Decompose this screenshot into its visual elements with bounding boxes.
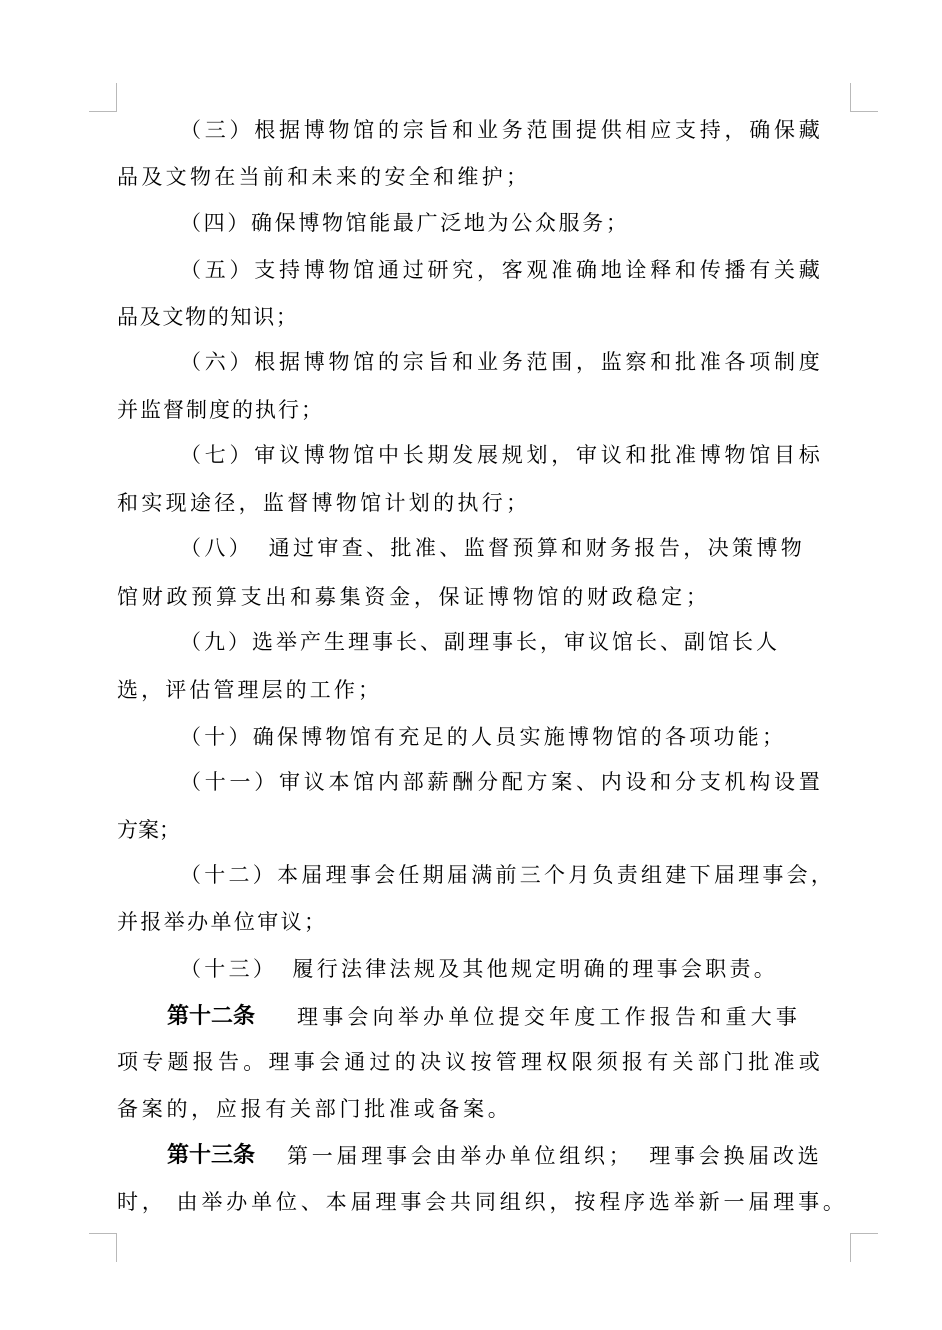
glyph: 据: [279, 347, 300, 377]
glyph: 定: [661, 582, 682, 612]
glyph: 途: [190, 488, 211, 518]
glyph: 监: [140, 395, 161, 425]
glyph: 副: [444, 627, 465, 657]
glyph: 的: [232, 395, 253, 425]
glyph: 向: [373, 1002, 394, 1032]
text-line: （六）根据博物馆的宗旨和业务范围，监察和批准各项制度: [180, 347, 820, 377]
glyph: 众: [535, 208, 556, 238]
glyph: 划: [409, 488, 430, 518]
glyph: 出: [265, 582, 286, 612]
glyph: 议: [445, 1047, 466, 1077]
glyph: 理: [326, 860, 347, 890]
glyph: 会: [681, 954, 702, 984]
article-heading-text: 第十二条: [167, 1002, 255, 1032]
glyph: 会: [347, 1002, 368, 1032]
glyph: （: [180, 115, 201, 145]
glyph: ；: [762, 722, 783, 752]
glyph: ；: [606, 208, 627, 238]
glyph: 馆: [117, 582, 138, 612]
glyph: 算: [216, 582, 237, 612]
glyph: 、: [301, 1187, 322, 1217]
glyph: 部: [698, 1047, 719, 1077]
glyph: 机: [725, 767, 746, 797]
glyph: 传: [700, 255, 721, 285]
glyph: 审: [254, 440, 275, 470]
glyph: 事: [762, 860, 783, 890]
glyph: 各: [665, 722, 686, 752]
glyph: 实: [520, 722, 541, 752]
glyph: 届: [351, 1187, 372, 1217]
glyph: 应: [216, 1094, 237, 1124]
text-line: 并监督制度的执行；: [117, 395, 322, 425]
glyph: 理: [632, 954, 653, 984]
glyph: 届: [447, 860, 468, 890]
glyph: 在: [214, 162, 235, 192]
glyph: 财: [586, 533, 607, 563]
glyph: 及: [140, 302, 161, 332]
glyph: 和: [452, 115, 473, 145]
article-heading: 第十二条: [167, 1002, 255, 1032]
glyph: 保: [277, 722, 298, 752]
document-page: （三）根据博物馆的宗旨和业务范围提供相应支持，确保藏品及文物在当前和未来的安全和…: [0, 0, 942, 1330]
glyph: 并: [117, 907, 138, 937]
glyph: 能: [738, 722, 759, 752]
glyph: 举: [674, 1187, 695, 1217]
glyph: 的: [608, 954, 629, 984]
glyph: 提: [576, 115, 597, 145]
glyph: 馆: [360, 488, 381, 518]
glyph: 九: [204, 627, 225, 657]
glyph: 报: [140, 907, 161, 937]
text-line: 方案；: [117, 815, 175, 845]
glyph: 第: [287, 1141, 308, 1171]
glyph: 和: [561, 533, 582, 563]
glyph: 事: [657, 954, 678, 984]
glyph: 责: [617, 860, 638, 890]
glyph: 围: [551, 115, 572, 145]
glyph: 馆: [617, 722, 638, 752]
glyph: 过: [370, 1047, 391, 1077]
margin-mark-bottom-left-vertical: [116, 1233, 117, 1262]
glyph: 题: [168, 1047, 189, 1077]
text-line: 项专题报告。理事会通过的决议按管理权限须报有关部门批准或: [117, 1047, 820, 1077]
glyph: 会: [374, 860, 395, 890]
glyph: 确: [576, 255, 597, 285]
glyph: 观: [527, 255, 548, 285]
glyph: 议: [304, 767, 325, 797]
glyph: 的: [378, 115, 399, 145]
glyph: 会: [319, 1047, 340, 1077]
glyph: 执: [457, 488, 478, 518]
glyph: 行: [278, 395, 299, 425]
glyph: 本: [277, 860, 298, 890]
glyph: 议: [279, 440, 300, 470]
glyph: 务: [582, 208, 603, 238]
glyph: 估: [189, 675, 210, 705]
text-line: 品及文物在当前和未来的安全和维护；: [117, 162, 527, 192]
glyph: 批: [748, 1047, 769, 1077]
glyph: 届: [748, 1141, 769, 1171]
glyph: 。: [823, 1187, 844, 1217]
glyph: 评: [165, 675, 186, 705]
glyph: 实: [141, 488, 162, 518]
glyph: 的: [395, 1047, 416, 1077]
glyph: 研: [428, 255, 449, 285]
glyph: 查: [342, 533, 363, 563]
glyph: ，: [549, 1187, 570, 1217]
glyph: 位: [473, 1002, 494, 1032]
glyph: 须: [597, 1047, 618, 1077]
glyph: 理: [269, 1047, 290, 1077]
glyph: 十: [205, 767, 226, 797]
glyph: 设: [774, 767, 795, 797]
glyph: 政: [612, 582, 633, 612]
glyph: 的: [360, 162, 381, 192]
glyph: 展: [477, 440, 498, 470]
glyph: 门: [723, 1047, 744, 1077]
glyph: 重: [725, 1002, 746, 1032]
glyph: 确: [251, 208, 272, 238]
glyph: 举: [164, 907, 185, 937]
glyph: ；: [276, 302, 297, 332]
glyph: 履: [292, 954, 313, 984]
glyph: ，: [414, 582, 435, 612]
glyph: 划: [527, 440, 548, 470]
text-line: 理事会向举办单位提交年度工作报告和重大事: [297, 1002, 797, 1032]
text-line: （十）确保博物馆有充足的人员实施博物馆的各项功能；: [180, 722, 783, 752]
glyph: 的: [641, 722, 662, 752]
glyph: 保: [275, 208, 296, 238]
glyph: 文: [162, 302, 183, 332]
glyph: 。: [754, 954, 775, 984]
glyph: 准: [675, 440, 696, 470]
glyph: 二: [229, 860, 250, 890]
glyph: 准: [774, 1047, 795, 1077]
text-line: （十二）本届理事会任期届满前三个月负责组建下届理事会，: [180, 860, 832, 890]
glyph: 。: [488, 1094, 509, 1124]
glyph: 按: [574, 1187, 595, 1217]
glyph: 十: [204, 954, 225, 984]
glyph: ；: [159, 815, 180, 845]
glyph: 诠: [626, 255, 647, 285]
glyph: 、: [366, 533, 387, 563]
glyph: 报: [634, 533, 655, 563]
glyph: 本: [329, 767, 350, 797]
glyph: 告: [675, 1002, 696, 1032]
glyph: 金: [389, 582, 410, 612]
glyph: 法: [341, 954, 362, 984]
glyph: 四: [204, 208, 225, 238]
glyph: ；: [506, 162, 527, 192]
glyph: 博: [488, 582, 509, 612]
glyph: 议: [281, 907, 302, 937]
glyph: 充: [398, 722, 419, 752]
glyph: 并: [117, 395, 138, 425]
glyph: 内: [601, 767, 622, 797]
glyph: 三: [205, 115, 226, 145]
glyph: 业: [477, 115, 498, 145]
glyph: ）: [230, 440, 251, 470]
glyph: 和: [433, 162, 454, 192]
glyph: 现: [166, 488, 187, 518]
glyph: 或: [799, 1047, 820, 1077]
text-line: （三）根据博物馆的宗旨和业务范围提供相应支持，确保藏: [180, 115, 820, 145]
glyph: 理: [361, 1141, 382, 1171]
glyph: 任: [398, 860, 419, 890]
glyph: 来: [336, 162, 357, 192]
glyph: 事: [386, 1141, 407, 1171]
glyph: 方: [527, 767, 548, 797]
glyph: 博: [304, 440, 325, 470]
glyph: ；: [301, 395, 322, 425]
glyph: 藏: [799, 115, 820, 145]
glyph: 选: [649, 1187, 670, 1217]
glyph: 责: [729, 954, 750, 984]
glyph: 监: [464, 533, 485, 563]
glyph: 务: [610, 533, 631, 563]
glyph: 时: [117, 1187, 138, 1217]
glyph: 持: [279, 255, 300, 285]
glyph: 举: [460, 1141, 481, 1171]
glyph: 馆: [350, 722, 371, 752]
glyph: ；: [506, 488, 527, 518]
glyph: 行: [317, 954, 338, 984]
glyph: 单: [211, 907, 232, 937]
glyph: 根: [254, 115, 275, 145]
glyph: 宗: [403, 347, 424, 377]
glyph: 报: [650, 1002, 671, 1032]
glyph: 根: [254, 347, 275, 377]
glyph: 支: [254, 255, 275, 285]
glyph: 程: [599, 1187, 620, 1217]
glyph: 博: [700, 440, 721, 470]
glyph: ）: [228, 627, 249, 657]
glyph: 理: [773, 1187, 794, 1217]
glyph: （: [180, 767, 201, 797]
glyph: 博: [756, 533, 777, 563]
text-line: （十一）审议本馆内部薪酬分配方案、内设和分支机构设置: [180, 767, 820, 797]
glyph: 一: [723, 1187, 744, 1217]
glyph: 规: [502, 440, 523, 470]
glyph: [634, 1141, 646, 1171]
glyph: 批: [391, 533, 412, 563]
glyph: 下: [690, 860, 711, 890]
glyph: 理: [738, 860, 759, 890]
text-line: 第一届理事会由举办单位组织； 理事会换届改选: [287, 1141, 819, 1171]
glyph: 地: [464, 208, 485, 238]
glyph: 发: [452, 440, 473, 470]
glyph: 副: [684, 627, 705, 657]
glyph: 议: [588, 627, 609, 657]
glyph: 过: [293, 533, 314, 563]
glyph: ，: [142, 1187, 163, 1217]
glyph: 和: [700, 1002, 721, 1032]
glyph: 泛: [440, 208, 461, 238]
glyph: 选: [252, 627, 273, 657]
glyph: 未: [312, 162, 333, 192]
glyph: 过: [403, 255, 424, 285]
glyph: ，: [725, 115, 746, 145]
glyph: 案: [142, 1094, 163, 1124]
glyph: 和: [452, 347, 473, 377]
glyph: 通: [269, 533, 290, 563]
glyph: 物: [322, 208, 343, 238]
glyph: 员: [495, 722, 516, 752]
glyph: 产: [300, 627, 321, 657]
glyph: 理: [237, 675, 258, 705]
glyph: 持: [700, 115, 721, 145]
glyph: 博: [568, 722, 589, 752]
glyph: ）: [254, 767, 275, 797]
glyph: 的: [447, 722, 468, 752]
glyph: 度: [209, 395, 230, 425]
glyph: 藏: [799, 255, 820, 285]
glyph: 知: [231, 302, 252, 332]
glyph: 内: [378, 767, 399, 797]
glyph: 能: [369, 208, 390, 238]
glyph: 事: [776, 1002, 797, 1032]
glyph: ）: [253, 954, 274, 984]
glyph: 中: [378, 440, 399, 470]
glyph: 举: [201, 1187, 222, 1217]
glyph: ）: [253, 860, 274, 890]
glyph: 八: [204, 533, 225, 563]
glyph: 关: [290, 1094, 311, 1124]
text-line: （九）选举产生理事长、副理事长，审议馆长、副馆长人: [180, 627, 777, 657]
glyph: 审: [564, 627, 585, 657]
glyph: 理: [348, 627, 369, 657]
glyph: 准: [551, 255, 572, 285]
glyph: 期: [423, 860, 444, 890]
glyph: 议: [601, 440, 622, 470]
glyph: 其: [462, 954, 483, 984]
glyph: 届: [301, 860, 322, 890]
glyph: 换: [724, 1141, 745, 1171]
glyph: 事: [322, 1002, 343, 1032]
glyph: 本: [326, 1187, 347, 1217]
glyph: 务: [502, 347, 523, 377]
glyph: 博: [304, 115, 325, 145]
glyph: 督: [287, 488, 308, 518]
glyph: 组: [500, 1187, 521, 1217]
glyph: 、: [439, 533, 460, 563]
glyph: 权: [546, 1047, 567, 1077]
glyph: 径: [214, 488, 235, 518]
glyph: 客: [502, 255, 523, 285]
glyph: 目: [774, 440, 795, 470]
glyph: 。: [243, 1047, 264, 1077]
glyph: 负: [593, 860, 614, 890]
glyph: 批: [364, 1094, 385, 1124]
glyph: ；: [686, 582, 707, 612]
glyph: 前: [263, 162, 284, 192]
glyph: 广: [417, 208, 438, 238]
glyph: 确: [253, 722, 274, 752]
glyph: 理: [649, 1141, 670, 1171]
glyph: 品: [117, 302, 138, 332]
glyph: 共: [450, 1187, 471, 1217]
glyph: 事: [492, 627, 513, 657]
glyph: ，: [191, 1094, 212, 1124]
glyph: 由: [436, 1141, 457, 1171]
glyph: 督: [163, 395, 184, 425]
glyph: 理: [468, 627, 489, 657]
glyph: 位: [234, 907, 255, 937]
glyph: 馆: [353, 115, 374, 145]
glyph: 支: [700, 767, 721, 797]
glyph: 有: [265, 1094, 286, 1124]
glyph: 物: [781, 533, 802, 563]
glyph: 地: [601, 255, 622, 285]
glyph: 物: [336, 488, 357, 518]
glyph: 举: [398, 1002, 419, 1032]
glyph: 长: [636, 627, 657, 657]
glyph: 作: [625, 1002, 646, 1032]
glyph: 范: [527, 115, 548, 145]
glyph: 限: [572, 1047, 593, 1077]
glyph: 募: [315, 582, 336, 612]
glyph: 馆: [537, 582, 558, 612]
margin-mark-top-left-horizontal: [89, 111, 117, 112]
glyph: 审: [279, 767, 300, 797]
glyph: 的: [286, 675, 307, 705]
glyph: ，: [683, 533, 704, 563]
glyph: 明: [560, 954, 581, 984]
glyph: 作: [334, 675, 355, 705]
glyph: 织: [525, 1187, 546, 1217]
glyph: 同: [475, 1187, 496, 1217]
article-heading: 第十三条: [167, 1141, 255, 1171]
glyph: 通: [344, 1047, 365, 1077]
margin-mark-bottom-left-horizontal: [89, 1233, 117, 1234]
glyph: 单: [510, 1141, 531, 1171]
glyph: 审: [257, 907, 278, 937]
glyph: 的: [166, 1094, 187, 1124]
glyph: 财: [587, 582, 608, 612]
glyph: 供: [601, 115, 622, 145]
glyph: 物: [329, 255, 350, 285]
glyph: 事: [674, 1141, 695, 1171]
glyph: 关: [673, 1047, 694, 1077]
glyph: 究: [452, 255, 473, 285]
glyph: 工: [310, 675, 331, 705]
glyph: 预: [191, 582, 212, 612]
glyph: 财: [142, 582, 163, 612]
glyph: 、: [420, 627, 441, 657]
glyph: （: [180, 440, 201, 470]
glyph: 项: [749, 347, 770, 377]
glyph: 织: [584, 1141, 605, 1171]
glyph: 案: [463, 1094, 484, 1124]
glyph: 通: [378, 255, 399, 285]
glyph: 期: [428, 440, 449, 470]
glyph: 的: [208, 302, 229, 332]
glyph: 文: [166, 162, 187, 192]
glyph: ，: [477, 255, 498, 285]
glyph: 和: [650, 347, 671, 377]
glyph: （: [180, 347, 201, 377]
glyph: 足: [423, 722, 444, 752]
glyph: 施: [544, 722, 565, 752]
glyph: 宗: [403, 115, 424, 145]
glyph: 构: [749, 767, 770, 797]
text-line: 品及文物的知识；: [117, 302, 297, 332]
glyph: 告: [659, 533, 680, 563]
glyph: 计: [384, 488, 405, 518]
glyph: 馆: [353, 767, 374, 797]
glyph: 确: [584, 954, 605, 984]
glyph: 事: [798, 1187, 819, 1217]
